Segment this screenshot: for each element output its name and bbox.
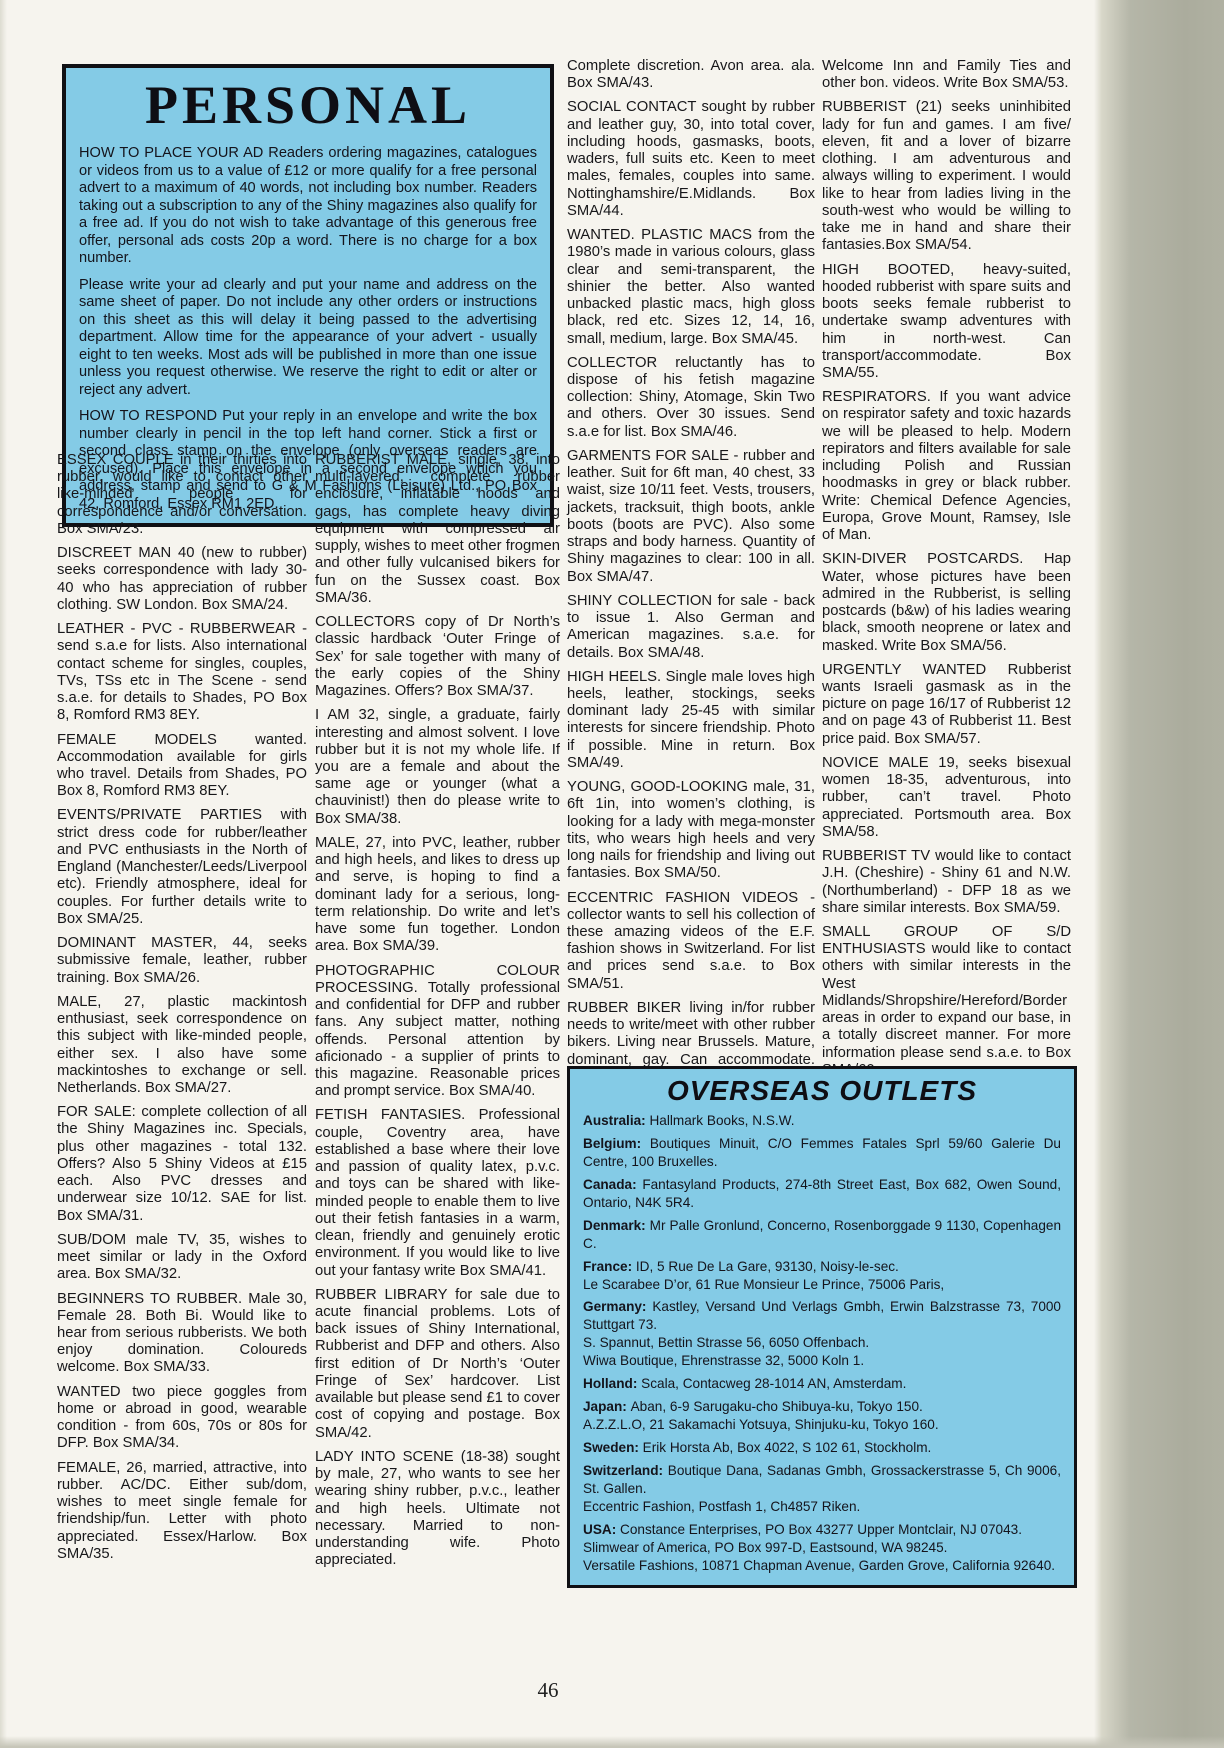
page-number: 46 (0, 1678, 1096, 1703)
outlet-country-label: Australia: (583, 1113, 649, 1128)
classified-ad: GARMENTS FOR SALE - rubber and leather. … (567, 448, 815, 586)
classified-ad: MALE, 27, plastic mackintosh enthusiast,… (57, 994, 307, 1097)
classified-ad: FETISH FANTASIES. Professional couple, C… (315, 1107, 560, 1279)
classified-ad: WANTED. PLASTIC MACS from the 1980’s mad… (567, 227, 815, 348)
outlet-line: Le Scarabee D’or, 61 Rue Monsieur Le Pri… (583, 1276, 1061, 1294)
outlet-line: Canada: Fantasyland Products, 274-8th St… (583, 1176, 1061, 1212)
outlet-country-label: USA: (583, 1522, 620, 1537)
outlet-line: Slimwear of America, PO Box 997-D, Easts… (583, 1539, 1061, 1557)
classified-ad: DOMINANT MASTER, 44, seeks submissive fe… (57, 935, 307, 987)
classified-ad: URGENTLY WANTED Rubberist wants Israeli … (822, 662, 1071, 748)
classified-ad: SOCIAL CONTACT sought by rubber and leat… (567, 99, 815, 220)
overseas-outlet-list: Australia: Hallmark Books, N.S.W.Belgium… (583, 1112, 1061, 1575)
classified-ad: SHINY COLLECTION for sale - back to issu… (567, 593, 815, 662)
classified-ad: Welcome Inn and Family Ties and other bo… (822, 58, 1071, 92)
page-title: PERSONAL (79, 74, 537, 136)
classified-ad: WANTED two piece goggles from home or ab… (57, 1384, 307, 1453)
classified-ad: EVENTS/PRIVATE PARTIES with strict dress… (57, 807, 307, 928)
classified-ad: HIGH BOOTED, heavy-suited, hooded rubber… (822, 262, 1071, 383)
ads-column-4: Welcome Inn and Family Ties and other bo… (822, 58, 1071, 1179)
classified-ad: SKIN-DIVER POSTCARDS. Hap Water, whose p… (822, 551, 1071, 654)
classified-ad: ESSEX COUPLE in their thirties into rubb… (57, 452, 307, 538)
classified-ad: I AM 32, single, a graduate, fairly inte… (315, 707, 560, 828)
classified-ad: DISCREET MAN 40 (new to rubber) seeks co… (57, 545, 307, 614)
classified-ad: FOR SALE: complete collection of all the… (57, 1104, 307, 1225)
outlet-country-label: Germany: (583, 1299, 652, 1314)
outlet-line: Eccentric Fashion, Postfash 1, Ch4857 Ri… (583, 1498, 1061, 1516)
classified-ad: MALE, 27, into PVC, leather, rubber and … (315, 835, 560, 956)
classified-ad: COLLECTOR reluctantly has to dispose of … (567, 355, 815, 441)
classified-ad: RUBBERIST (21) seeks uninhibited lady fo… (822, 99, 1071, 254)
outlet-country-label: Japan: (583, 1399, 631, 1414)
scan-edge-bottom (0, 1736, 1224, 1748)
classified-ad: SMALL GROUP OF S/D ENTHUSIASTS would lik… (822, 924, 1071, 1079)
outlet-country-label: Canada: (583, 1177, 642, 1192)
outlet-line: A.Z.Z.L.O, 21 Sakamachi Yotsuya, Shinjuk… (583, 1416, 1061, 1434)
overseas-outlets-box: OVERSEAS OUTLETS Australia: Hallmark Boo… (567, 1066, 1077, 1588)
outlet-line: Switzerland: Boutique Dana, Sadanas Gmbh… (583, 1462, 1061, 1498)
write-ad-instructions-paragraph: Please write your ad clearly and put you… (79, 277, 537, 400)
how-to-place-ad-paragraph: HOW TO PLACE YOUR AD Readers ordering ma… (79, 145, 537, 268)
outlet-line: Sweden: Erik Horsta Ab, Box 4022, S 102 … (583, 1439, 1061, 1457)
outlet-line: Versatile Fashions, 10871 Chapman Avenue… (583, 1557, 1061, 1575)
outlet-line: Germany: Kastley, Versand Und Verlags Gm… (583, 1298, 1061, 1334)
outlet-line: France: ID, 5 Rue De La Gare, 93130, Noi… (583, 1258, 1061, 1276)
classified-ad: COLLECTORS copy of Dr North’s classic ha… (315, 614, 560, 700)
classified-ad: LEATHER - PVC - RUBBERWEAR - send s.a.e … (57, 621, 307, 724)
outlet-line: Holland: Scala, Contacweg 28-1014 AN, Am… (583, 1375, 1061, 1393)
outlet-line: USA: Constance Enterprises, PO Box 43277… (583, 1521, 1061, 1539)
classified-ad: ECCENTRIC FASHION VIDEOS - collector wan… (567, 890, 815, 993)
magazine-page: PERSONAL HOW TO PLACE YOUR AD Readers or… (0, 0, 1224, 1748)
overseas-outlets-title: OVERSEAS OUTLETS (583, 1075, 1061, 1107)
classified-ad: PHOTOGRAPHIC COLOUR PROCESSING. Totally … (315, 963, 560, 1101)
classified-ad: FEMALE, 26, married, attractive, into ru… (57, 1460, 307, 1563)
outlet-country-label: Switzerland: (583, 1463, 668, 1478)
outlet-country-label: Belgium: (583, 1136, 650, 1151)
scan-edge-right (1094, 0, 1224, 1748)
outlet-line: Japan: Aban, 6-9 Sarugaku-cho Shibuya-ku… (583, 1398, 1061, 1416)
ads-column-1: ESSEX COUPLE in their thirties into rubb… (57, 452, 307, 1570)
outlet-country-label: France: (583, 1259, 636, 1274)
outlet-line: Belgium: Boutiques Minuit, C/O Femmes Fa… (583, 1135, 1061, 1171)
outlet-country-label: Sweden: (583, 1440, 643, 1455)
outlet-line: Australia: Hallmark Books, N.S.W. (583, 1112, 1061, 1130)
classified-ad: BEGINNERS TO RUBBER. Male 30, Female 28.… (57, 1291, 307, 1377)
classified-ad: RUBBERIST MALE, single, 38, into multi-l… (315, 452, 560, 607)
scan-edge-left (0, 0, 7, 1748)
classified-ad: FEMALE MODELS wanted. Accommodation avai… (57, 732, 307, 801)
classified-ad: Complete discretion. Avon area. ala. Box… (567, 58, 815, 92)
ads-column-3: Complete discretion. Avon area. ala. Box… (567, 58, 815, 1135)
classified-ad: SUB/DOM male TV, 35, wishes to meet simi… (57, 1232, 307, 1284)
outlet-line: S. Spannut, Bettin Strasse 56, 6050 Offe… (583, 1334, 1061, 1352)
classified-ad: NOVICE MALE 19, seeks bisexual women 18-… (822, 755, 1071, 841)
outlet-line: Denmark: Mr Palle Gronlund, Concerno, Ro… (583, 1217, 1061, 1253)
classified-ad: RUBBERIST TV would like to contact J.H. … (822, 848, 1071, 917)
outlet-country-label: Holland: (583, 1376, 641, 1391)
outlet-line: Wiwa Boutique, Ehrenstrasse 32, 5000 Kol… (583, 1352, 1061, 1370)
classified-ad: HIGH HEELS. Single male loves high heels… (567, 669, 815, 772)
outlet-country-label: Denmark: (583, 1218, 650, 1233)
classified-ad: YOUNG, GOOD-LOOKING male, 31, 6ft 1in, i… (567, 779, 815, 882)
classified-ad: RUBBER LIBRARY for sale due to acute fin… (315, 1287, 560, 1442)
classified-ad: RESPIRATORS. If you want advice on respi… (822, 389, 1071, 544)
classified-ad: LADY INTO SCENE (18-38) sought by male, … (315, 1449, 560, 1570)
ads-column-2: RUBBERIST MALE, single, 38, into multi-l… (315, 452, 560, 1577)
